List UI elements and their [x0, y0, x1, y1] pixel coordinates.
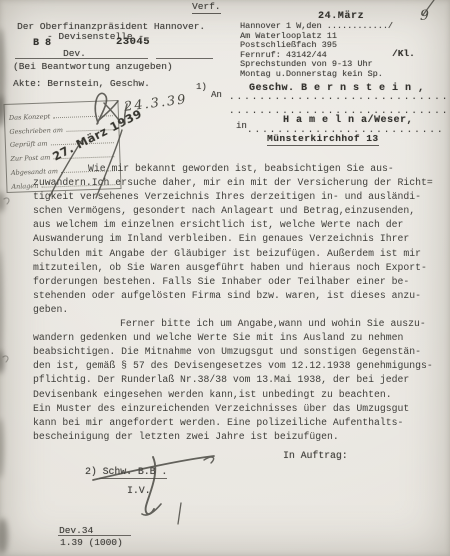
signature-underline — [99, 478, 167, 479]
body-line: Ferner bitte ich um Angabe,wann und wohi… — [33, 317, 447, 331]
office-hours2: Montag u.Donnerstag kein Sp. — [240, 69, 383, 79]
stamp-row-label: Das Konzept — [9, 112, 51, 121]
body-line: kann bei mir angefordert werden. Eine po… — [33, 416, 447, 430]
sender-ref-number: 23045 — [116, 36, 150, 48]
scan-smudge — [0, 350, 4, 374]
page-number: 9 — [420, 8, 429, 24]
in-label: in — [236, 121, 247, 131]
form-fraction-rule — [58, 535, 131, 536]
body-line: Ein Muster des einzureichenden Verzeichn… — [33, 402, 447, 416]
signature-check — [142, 504, 161, 515]
office-hours1: Sprechstunden von 9-13 Uhr — [240, 59, 373, 69]
sender-ref-code: B 8 — [33, 38, 51, 49]
sender-note: (Bei Beantwortung anzugeben) — [13, 61, 173, 72]
scan-smudge — [0, 518, 8, 554]
signature-iv: I.V. — [127, 485, 151, 496]
body-line: den ist, gemäß § 57 des Devisengesetzes … — [33, 359, 447, 373]
reference-rule-left — [15, 58, 148, 59]
body-line: wandern gedenken und welche Werte Sie mi… — [33, 331, 447, 345]
verf-heading: Verf. — [192, 1, 221, 14]
office-clerk-code: /Kl. — [392, 48, 415, 59]
body-line: Devisenbank eingesehen werden kann,ist u… — [33, 388, 447, 402]
letter-body: Wie mir bekannt geworden ist, beabsichti… — [33, 162, 447, 444]
body-line: mitzuteilen, ob Sie Waren ausgeführt hab… — [33, 261, 447, 275]
recipient-marker: 1) — [196, 82, 207, 92]
body-line: schen Vermögens, gesondert nach Anlagear… — [33, 204, 447, 218]
body-line: Schulden mit Angabe der Gläubiger ist be… — [33, 247, 447, 261]
signature-tick — [178, 503, 181, 524]
body-line: zuwandern.Ich ersuche daher, mir ein mit… — [33, 176, 447, 190]
reference-rule-right — [156, 58, 213, 59]
closing-line: In Auftrag: — [283, 450, 348, 461]
scan-smudge — [0, 418, 4, 478]
recipient-street: Münsterkirchhof 13 — [267, 133, 379, 146]
body-line: pflichtig. Der Runderlaß Nr.38/38 vom 13… — [33, 373, 447, 387]
body-line: bescheinigung der letzten zwei Jahre ist… — [33, 430, 447, 444]
pen-strike-hook — [204, 457, 214, 463]
body-line: forderungen bestehen. Falls Sie Inhaber … — [33, 275, 447, 289]
stamp-row-label: Geprüft am — [10, 140, 48, 149]
body-line: beabsichtigen. Die Mitnahme von Umzugsgu… — [33, 345, 447, 359]
scan-smudge — [0, 192, 5, 212]
document-scan: Verf. 24.März 9 Der Oberfinanzpräsident … — [0, 0, 450, 556]
office-city-line: Hannover 1 W,den ............/ — [240, 21, 393, 31]
akte-line: Akte: Bernstein, Geschw. — [13, 78, 150, 89]
body-line: geben. — [33, 303, 447, 317]
an-label: An — [211, 90, 222, 100]
office-address2: Postschließfach 395 — [240, 40, 337, 50]
body-line: Wie mir bekannt geworden ist, beabsichti… — [33, 162, 447, 176]
body-line: Auswanderung im Inland verbleiben. Ein g… — [33, 232, 447, 246]
office-phone: Fernruf: 43142/44 — [240, 50, 327, 60]
office-address1: Am Waterlooplatz 11 — [240, 31, 337, 41]
signature-reference: 2) Schw. B.B . — [85, 466, 167, 477]
body-line: aus welchem im einzelnen ersichtlich ist… — [33, 218, 447, 232]
form-info: 1.39 (1000) — [60, 537, 123, 548]
body-line: tigkeit versehenes Verzeichnis Ihres der… — [33, 190, 447, 204]
address-dots-1: ............................. — [229, 92, 449, 102]
body-line: stehenden oder aufgelösten Firma sind bz… — [33, 289, 447, 303]
